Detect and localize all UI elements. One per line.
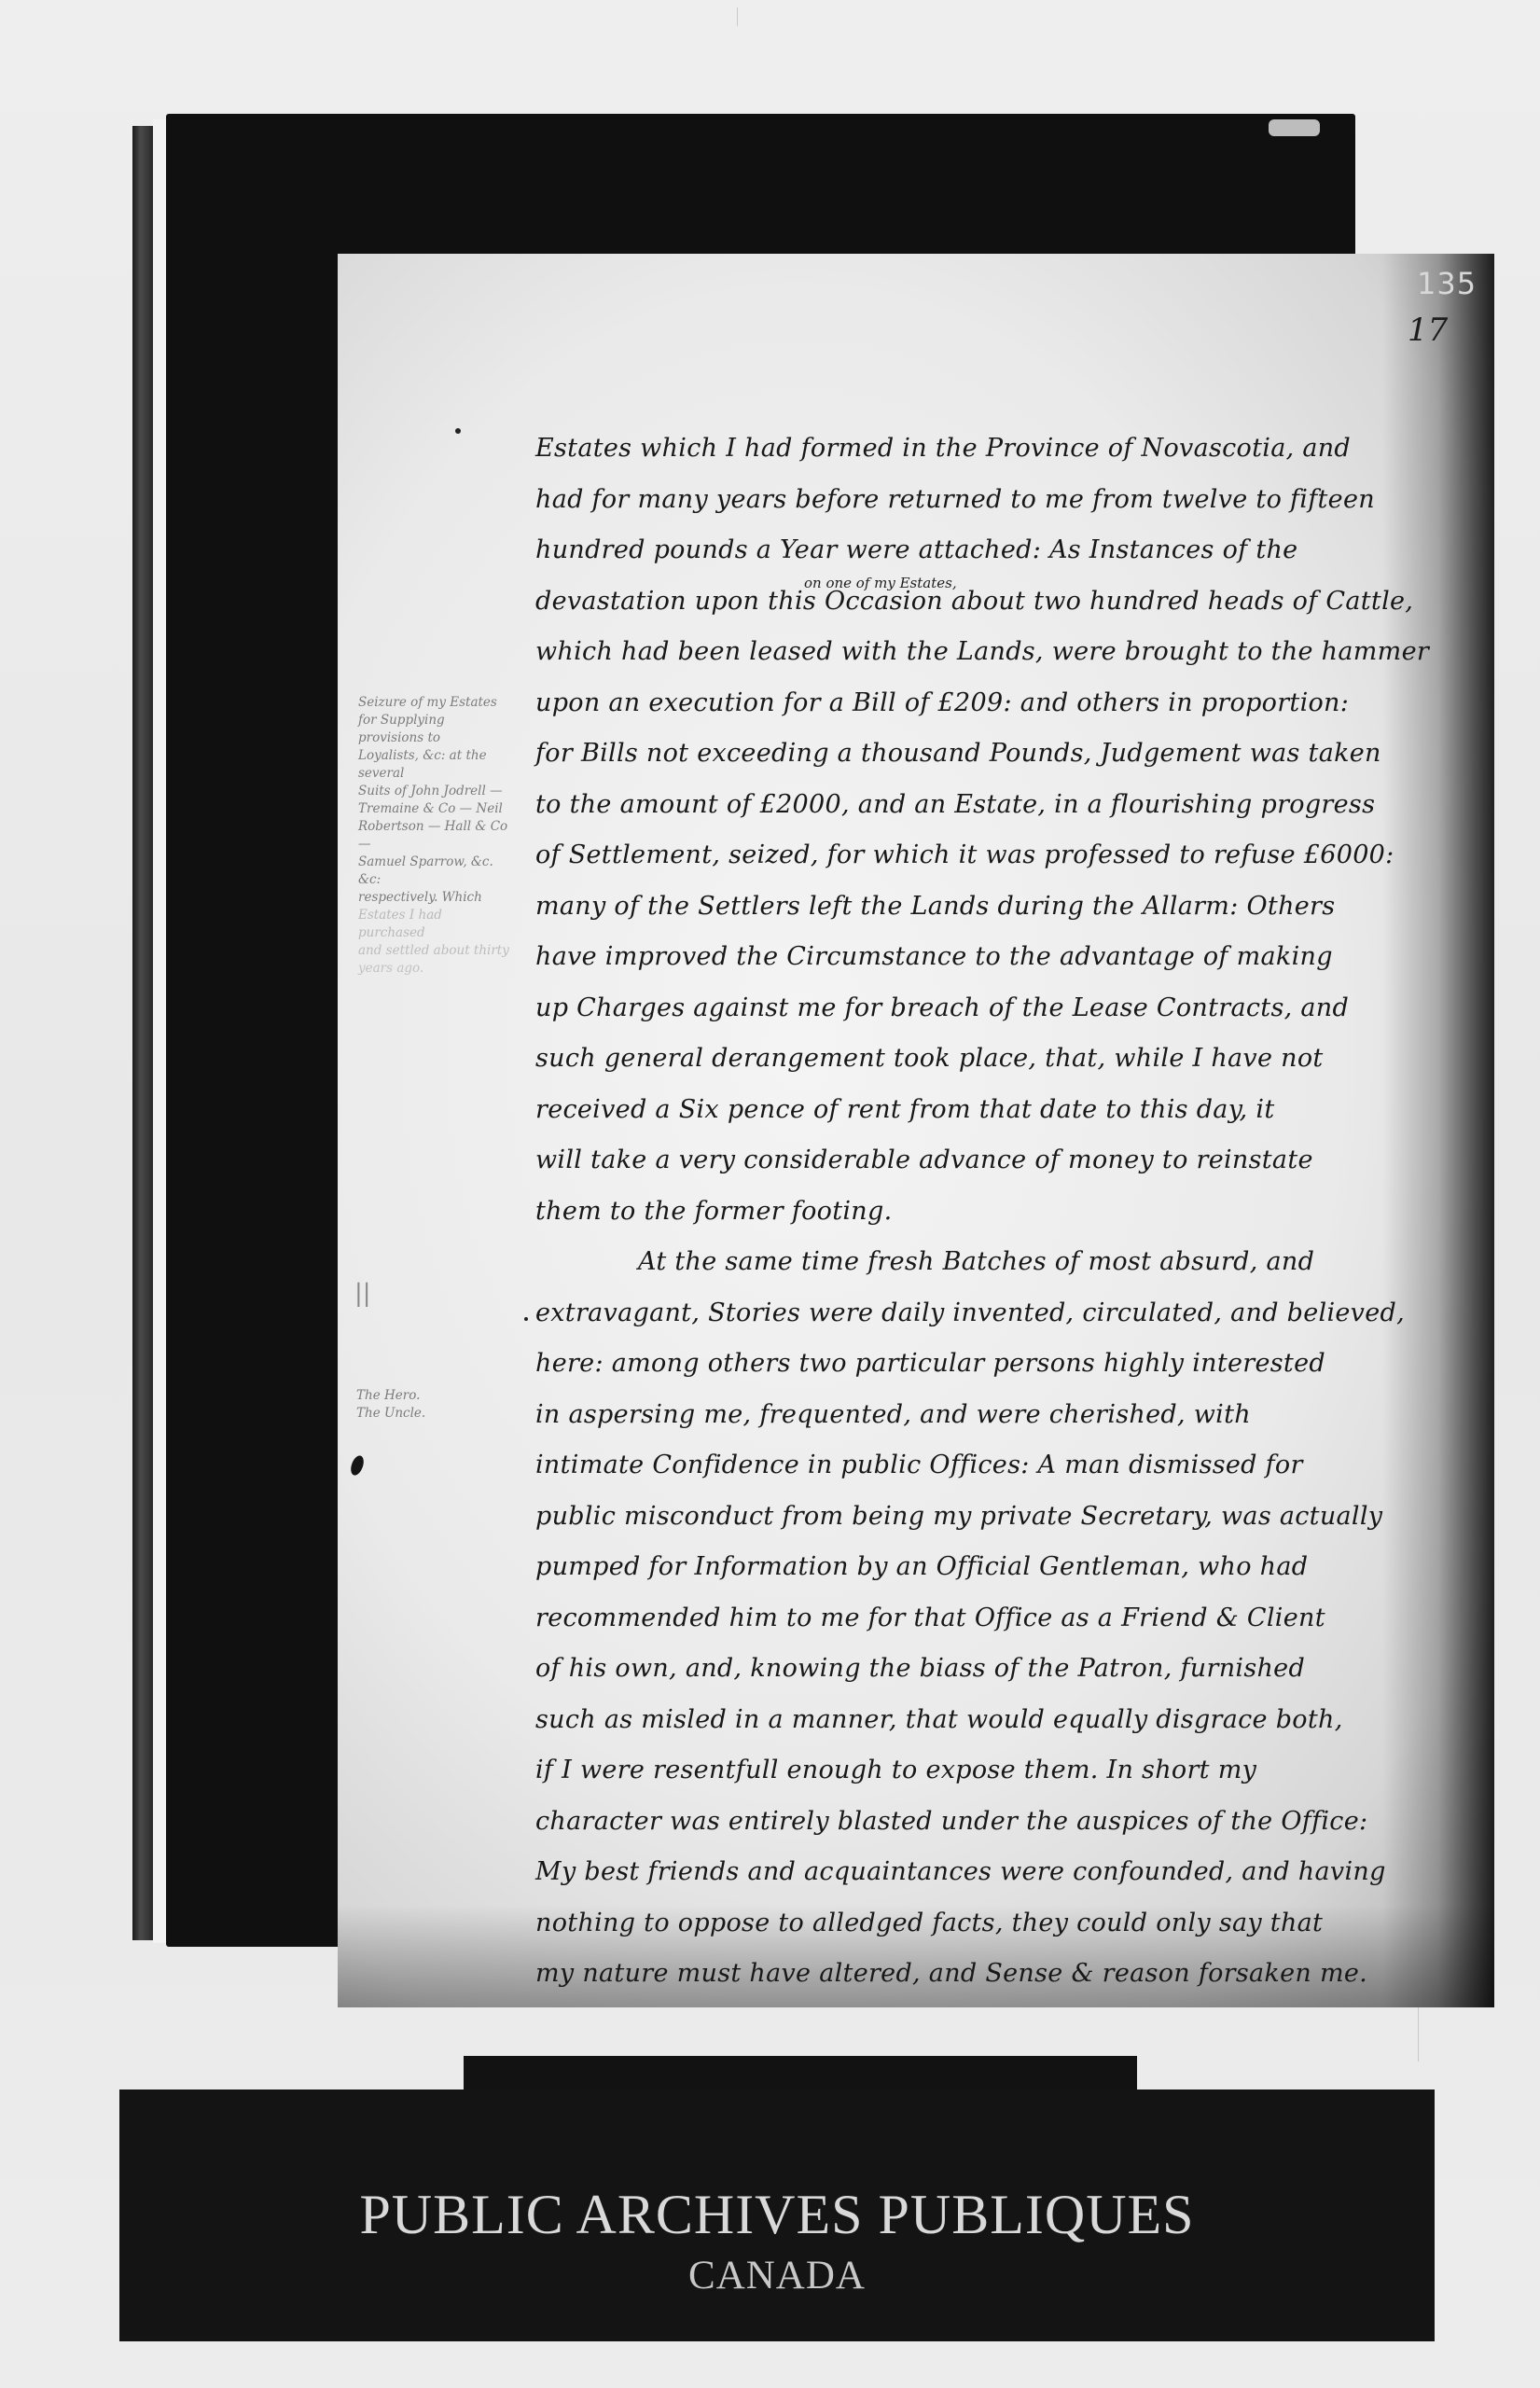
paragraph-start-line: At last, in October 1787, my Successor a… (535, 2000, 1468, 2008)
text-line: such as misled in a manner, that would e… (535, 1695, 1468, 1746)
manuscript-body: Estates which I had formed in the Provin… (535, 423, 1468, 2007)
text-line: Estates which I had formed in the Provin… (535, 423, 1468, 475)
margin-note-persons: The Hero. The Uncle. (356, 1387, 468, 1423)
text-line: intimate Confidence in public Offices: A… (535, 1440, 1468, 1492)
margin-note-line: Loyalists, &c: at the several (358, 747, 512, 783)
text-line: hundred pounds a Year were attached: As … (535, 525, 1468, 576)
folio-number: 17 (1408, 312, 1448, 349)
text-line: extravagant, Stories were daily invented… (535, 1288, 1468, 1340)
archive-label: PUBLIC ARCHIVES PUBLIQUES CANADA (119, 2089, 1435, 2341)
scratch-mark (737, 7, 738, 26)
margin-note-line: Suits of John Jodrell — (358, 783, 512, 800)
margin-note-seizure: Seizure of my Estates for Supplying prov… (358, 694, 512, 978)
margin-reference-mark: || (354, 1280, 371, 1308)
text-line: upon an execution for a Bill of £209: an… (535, 678, 1468, 729)
text-line: have improved the Circumstance to the ad… (535, 932, 1468, 983)
text-line: devastation upon this Occasion about two… (535, 576, 1468, 628)
text-line: My best friends and acquaintances were c… (535, 1847, 1468, 1898)
text-line: received a Six pence of rent from that d… (535, 1085, 1468, 1136)
margin-note-line: Estates I had purchased (358, 907, 512, 942)
archive-label-subtitle: CANADA (119, 2253, 1435, 2298)
margin-note-line: respectively. Which (358, 889, 512, 907)
text-line: pumped for Information by an Official Ge… (535, 1542, 1468, 1593)
margin-note-line: The Uncle. (356, 1405, 468, 1423)
text-line: which had been leased with the Lands, we… (535, 627, 1468, 678)
scratch-mark (1418, 2006, 1419, 2062)
text-line: my nature must have altered, and Sense &… (535, 1949, 1468, 2000)
text-line: them to the former footing. (535, 1187, 1468, 1238)
interlinear-insert: on one of my Estates, (804, 575, 957, 591)
margin-note-line: Samuel Sparrow, &c. &c: (358, 854, 512, 889)
text-line: to the amount of £2000, and an Estate, i… (535, 780, 1468, 831)
margin-note-line: and settled about thirty (358, 942, 512, 960)
margin-note-line: Robertson — Hall & Co — (358, 818, 512, 854)
text-line: if I were resentfull enough to expose th… (535, 1745, 1468, 1797)
text-line: such general derangement took place, tha… (535, 1034, 1468, 1085)
text-line: of Settlement, seized, for which it was … (535, 830, 1468, 882)
folio-stamp: 135 (1417, 266, 1477, 301)
text-line: of his own, and, knowing the biass of th… (535, 1644, 1468, 1695)
photo-frame: 135 17 on one of my Estates, Estates whi… (166, 114, 1355, 1947)
text-line: character was entirely blasted under the… (535, 1797, 1468, 1848)
text-line: nothing to oppose to alledged facts, the… (535, 1898, 1468, 1950)
margin-note-line: Seizure of my Estates (358, 694, 512, 712)
corner-stamp (1269, 119, 1320, 136)
manuscript-page: 135 17 on one of my Estates, Estates whi… (338, 254, 1494, 2007)
text-line: here: among others two particular person… (535, 1339, 1468, 1390)
backing-strip (132, 126, 153, 1940)
margin-note-line: The Hero. (356, 1387, 468, 1405)
margin-note-line: years ago. (358, 960, 512, 978)
text-line: will take a very considerable advance of… (535, 1135, 1468, 1187)
text-line: for Bills not exceeding a thousand Pound… (535, 729, 1468, 780)
text-line: up Charges against me for breach of the … (535, 983, 1468, 1034)
text-line: in aspersing me, frequented, and were ch… (535, 1390, 1468, 1441)
ink-dot (524, 1317, 528, 1321)
margin-note-line: Tremaine & Co — Neil (358, 800, 512, 818)
text-line: had for many years before returned to me… (535, 475, 1468, 526)
paragraph-start-line: At the same time fresh Batches of most a… (535, 1237, 1468, 1288)
ink-dot (455, 428, 461, 434)
margin-note-line: for Supplying provisions to (358, 712, 512, 747)
archive-label-title: PUBLIC ARCHIVES PUBLIQUES (119, 2183, 1435, 2247)
text-line: recommended him to me for that Office as… (535, 1593, 1468, 1645)
text-line: public misconduct from being my private … (535, 1492, 1468, 1543)
text-line: many of the Settlers left the Lands duri… (535, 882, 1468, 933)
